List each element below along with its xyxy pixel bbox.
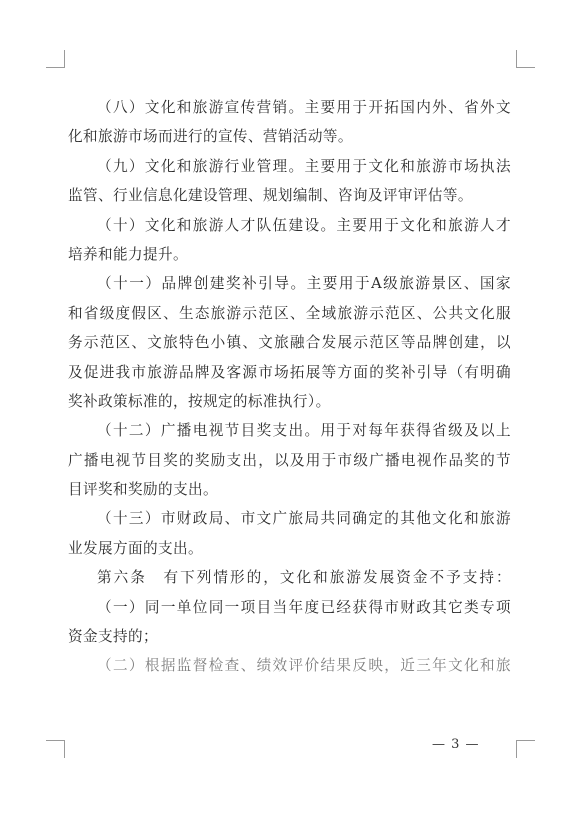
text-line: 培养和能力提升。: [68, 240, 511, 269]
crop-mark-bottom-right: [516, 740, 535, 758]
text-line: 第六条 有下列情形的，文化和旅游发展资金不予支持：: [68, 563, 511, 592]
text-line: 化和旅游市场而进行的宣传、营销活动等。: [68, 122, 511, 151]
text-line: 和省级度假区、生态旅游示范区、全域旅游示范区、公共文化服: [68, 299, 511, 328]
text-line: （十三）市财政局、市文广旅局共同确定的其他文化和旅游: [68, 504, 511, 533]
text-line: 务示范区、文旅特色小镇、文旅融合发展示范区等品牌创建，以: [68, 328, 511, 357]
text-line: 资金支持的；: [68, 622, 511, 651]
text-line: （八）文化和旅游宣传营销。主要用于开拓国内外、省外文: [68, 93, 511, 122]
text-line: （一）同一单位同一项目当年度已经获得市财政其它类专项: [68, 593, 511, 622]
text-line: 目评奖和奖励的支出。: [68, 475, 511, 504]
text-line: 监管、行业信息化建设管理、规划编制、咨询及评审评估等。: [68, 181, 511, 210]
document-body: （八）文化和旅游宣传营销。主要用于开拓国内外、省外文 化和旅游市场而进行的宣传、…: [68, 93, 511, 681]
text-line: （十）文化和旅游人才队伍建设。主要用于文化和旅游人才: [68, 211, 511, 240]
text-line: （十一）品牌创建奖补引导。主要用于A级旅游景区、国家: [68, 269, 511, 298]
crop-mark-top-right: [516, 50, 535, 68]
text-line: （十二）广播电视节目奖支出。用于对每年获得省级及以上: [68, 416, 511, 445]
text-line: 奖补政策标准的，按规定的标准执行）。: [68, 387, 511, 416]
text-line: 广播电视节目奖的奖励支出，以及用于市级广播电视作品奖的节: [68, 446, 511, 475]
crop-mark-bottom-left: [46, 740, 65, 758]
crop-mark-top-left: [46, 50, 65, 68]
text-line: 业发展方面的支出。: [68, 534, 511, 563]
text-line: （九）文化和旅游行业管理。主要用于文化和旅游市场执法: [68, 152, 511, 181]
page-number: — 3 —: [432, 737, 480, 752]
text-line: （二）根据监督检查、绩效评价结果反映，近三年文化和旅: [68, 651, 511, 680]
text-line: 及促进我市旅游品牌及客源市场拓展等方面的奖补引导（有明确: [68, 358, 511, 387]
